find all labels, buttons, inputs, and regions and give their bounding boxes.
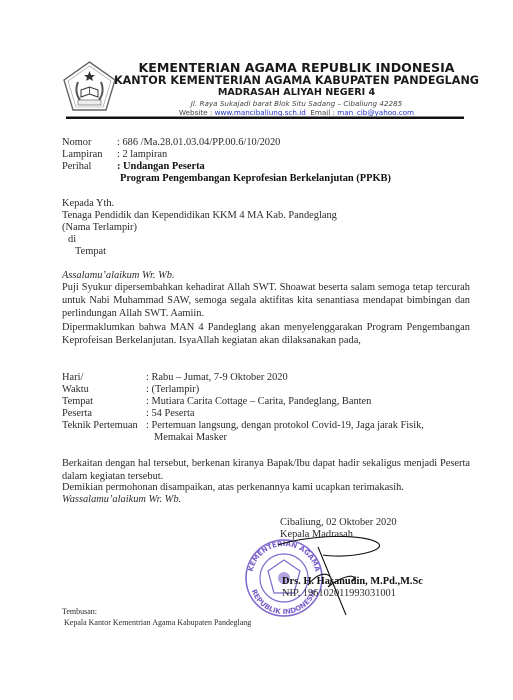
meta-lampiran-label: Lampiran [62, 149, 102, 162]
paragraph-1: Puji Syukur dipersembahkan kehadirat All… [62, 282, 470, 320]
recipient-line-2: (Nama Terlampir) [62, 222, 137, 235]
detail-waktu-value: : (Terlampir) [146, 384, 199, 397]
opening-salam: Assalamu’alaikum Wr. Wb. [62, 270, 175, 283]
detail-waktu-label: Waktu [62, 384, 89, 397]
cc-item: Kepala Kantor Kementrian Agama Kabupaten… [64, 617, 251, 630]
detail-teknik-value: : Pertemuan langsung, dengan protokol Co… [146, 420, 424, 433]
signature-nip: NIP. 196102011993031001 [282, 588, 396, 601]
letterhead-ministry: KEMENTERIAN AGAMA REPUBLIK INDONESIA [40, 60, 513, 75]
recipient-tempat: Tempat [75, 246, 106, 259]
handwritten-signature-icon [268, 525, 388, 617]
detail-teknik-cont: Memakai Masker [154, 432, 227, 445]
detail-tempat-value: : Mutiara Carita Cottage – Carita, Pande… [146, 396, 371, 409]
subject-line-2: Program Pengembangan Keprofesian Berkela… [120, 173, 391, 186]
detail-hari-value: : Rabu – Jumat, 7-9 Oktober 2020 [146, 372, 288, 385]
recipient-di: di [68, 234, 76, 247]
letterhead-rule [66, 117, 464, 119]
paragraph-4: Demikian permohonan disampaikan, atas pe… [62, 482, 404, 495]
signature-name: Drs. H. Hasanudin, M.Pd.,M.Sc [282, 576, 423, 589]
letterhead-address: Jl. Raya Sukajadi barat Blok Situ Sadang… [40, 99, 513, 108]
meta-nomor-label: Nomor [62, 137, 91, 150]
meta-nomor-value: : 686 /Ma.28.01.03.04/PP.00.6/10/2020 [117, 137, 280, 150]
paragraph-3: Berkaitan dengan hal tersebut, berkenan … [62, 458, 470, 484]
meta-lampiran-value: : 2 lampiran [117, 149, 167, 162]
meta-perihal-label: Perihal [62, 161, 91, 174]
meta-perihal-value: : Undangan Peserta [117, 161, 205, 174]
recipient-line-1: Tenaga Pendidik dan Kependidikan KKM 4 M… [62, 210, 337, 223]
detail-peserta-label: Peserta [62, 408, 92, 421]
detail-peserta-value: : 54 Peserta [146, 408, 194, 421]
detail-hari-label: Hari/ [62, 372, 83, 385]
letterhead-school: MADRASAH ALIYAH NEGERI 4 [40, 87, 513, 98]
closing-salam: Wassalamu’alaikum Wr. Wb. [62, 494, 181, 507]
recipient-greeting: Kepada Yth. [62, 198, 114, 211]
detail-teknik-label: Teknik Pertemuan [62, 420, 138, 433]
paragraph-2: Dipermaklumkan bahwa MAN 4 Pandeglang ak… [62, 322, 470, 348]
detail-tempat-label: Tempat [62, 396, 93, 409]
letterhead-office: KANTOR KEMENTERIAN AGAMA KABUPATEN PANDE… [40, 74, 513, 87]
